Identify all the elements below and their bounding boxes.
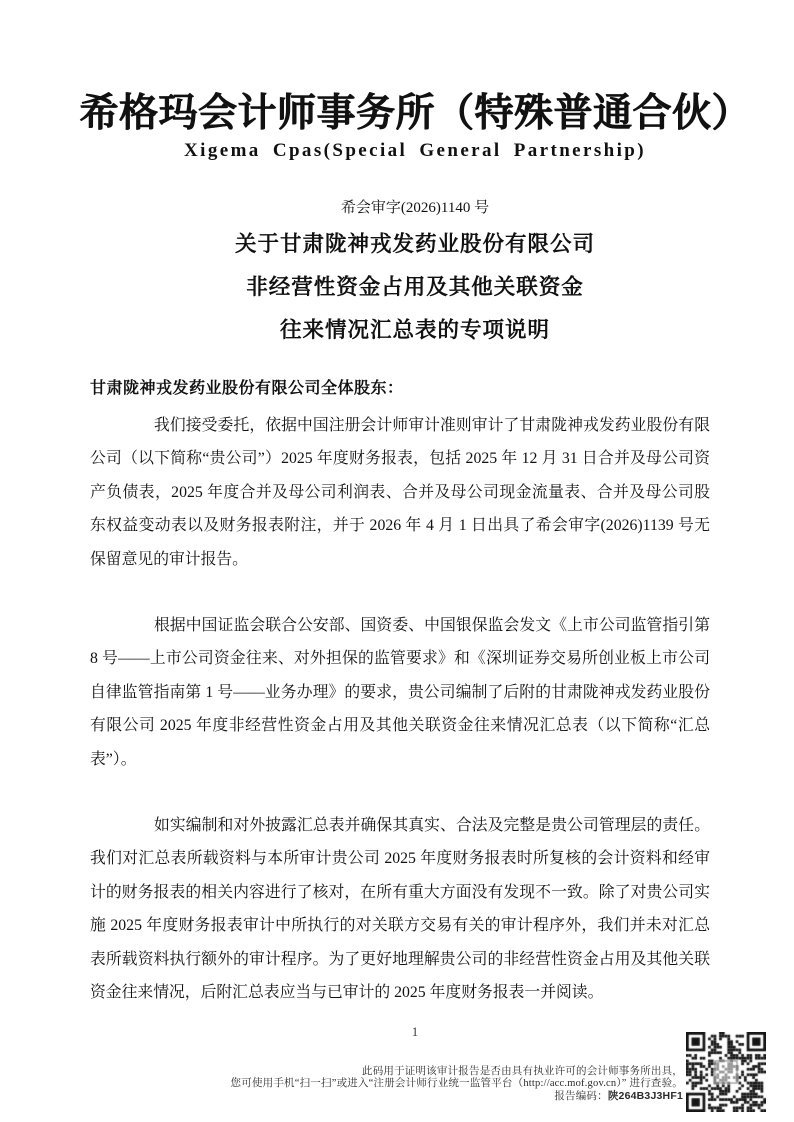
paragraph-engagement: 我们接受委托，依据中国注册会计师审计准则审计了甘肃陇神戎发药业股份有限公司（以下… <box>90 409 710 576</box>
report-title-line-3: 往来情况汇总表的专项说明 <box>235 309 595 352</box>
qr-code-icon <box>686 1032 766 1112</box>
paragraph-regulations: 根据中国证监会联合公安部、国资委、中国银保监会发文《上市公司监管指引第 8 号—… <box>90 609 710 776</box>
verification-note-line-1: 此码用于证明该审计报告是否由具有执业许可的会计师事务所出具， <box>213 1066 683 1078</box>
report-title-line-1: 关于甘肃陇神戎发药业股份有限公司 <box>235 223 595 266</box>
report-title-line-2: 非经营性资金占用及其他关联资金 <box>235 266 595 309</box>
page-number: 1 <box>412 1024 419 1040</box>
firm-name-english: Xigema Cpas(Special General Partnership) <box>184 140 646 162</box>
report-code-label: 报告编码： <box>554 1091 608 1102</box>
document-number: 希会审字(2026)1140 号 <box>341 196 489 217</box>
report-code-line: 报告编码：陕264B3J3HF1 <box>213 1090 683 1103</box>
report-title: 关于甘肃陇神戎发药业股份有限公司 非经营性资金占用及其他关联资金 往来情况汇总表… <box>235 223 595 352</box>
verification-note: 此码用于证明该审计报告是否由具有执业许可的会计师事务所出具， 您可使用手机“扫一… <box>213 1066 683 1103</box>
firm-name-chinese: 希格玛会计师事务所（特殊普通合伙） <box>79 82 751 138</box>
report-code-value: 陕264B3J3HF1 <box>608 1090 683 1102</box>
report-body: 我们接受委托，依据中国注册会计师审计准则审计了甘肃陇神戎发药业股份有限公司（以下… <box>90 409 710 1043</box>
paragraph-responsibility: 如实编制和对外披露汇总表并确保其真实、合法及完整是贵公司管理层的责任。我们对汇总… <box>90 809 710 1009</box>
salutation: 甘肃陇神戎发药业股份有限公司全体股东： <box>90 375 404 398</box>
audit-report-page: 希格玛会计师事务所（特殊普通合伙） Xigema Cpas(Special Ge… <box>0 0 794 1122</box>
verification-note-line-2: 您可使用手机“扫一扫”或进入“注册会计师行业统一监管平台（http://acc.… <box>213 1078 683 1090</box>
